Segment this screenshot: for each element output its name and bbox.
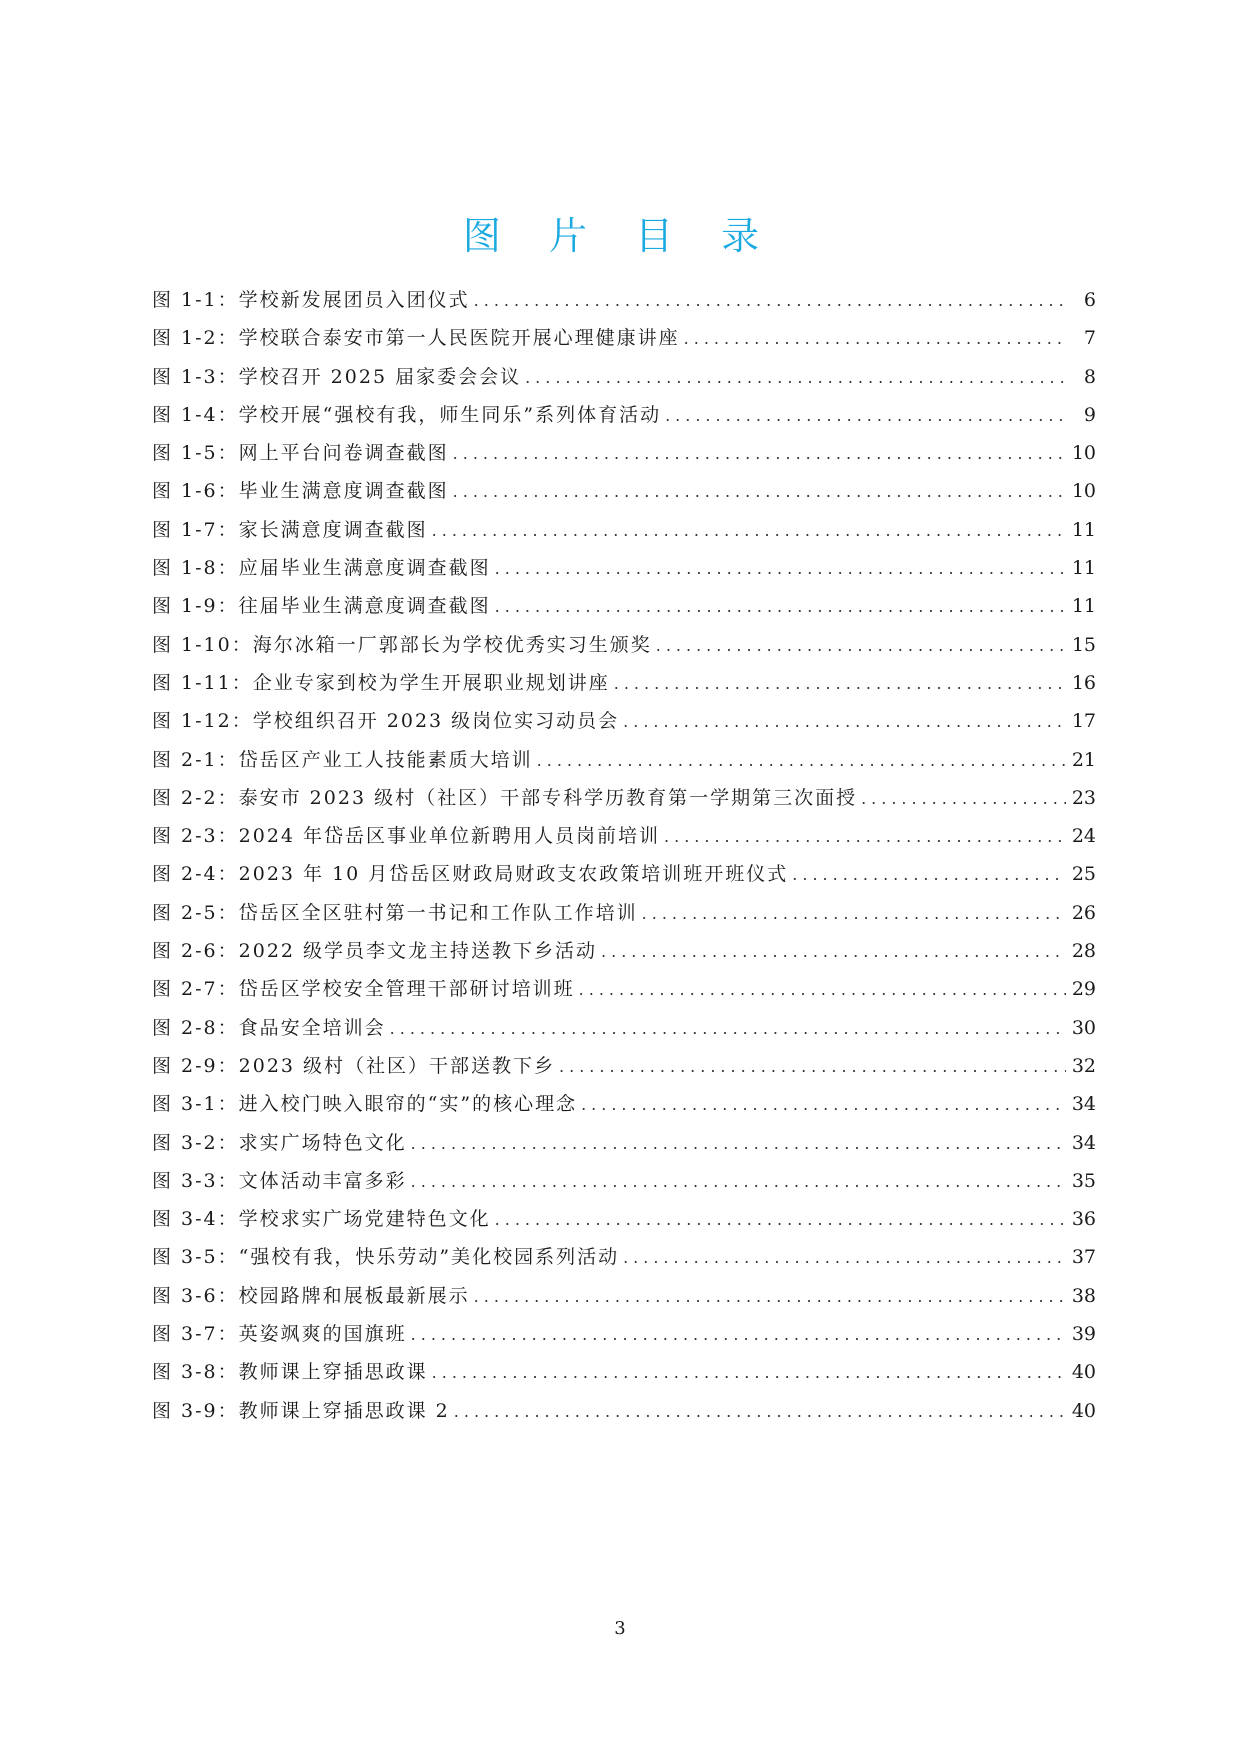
entry-label: 图 2-2：泰安市 2023 级村（社区）干部专科学历教育第一学期第三次面授 (152, 779, 857, 817)
dot-leader (495, 588, 1066, 626)
entry-label: 图 3-5：“强校有我，快乐劳动”美化校园系列活动 (152, 1238, 619, 1276)
dot-leader (665, 397, 1066, 435)
toc-entry[interactable]: 图 3-4：学校求实广场党建特色文化36 (152, 1200, 1096, 1238)
entry-label: 图 2-7：岱岳区学校安全管理干部研讨培训班 (152, 970, 575, 1008)
toc-entry[interactable]: 图 1-10：海尔冰箱一厂郭部长为学校优秀实习生颁奖15 (152, 626, 1096, 664)
dot-leader (453, 435, 1066, 473)
dot-leader (453, 473, 1066, 511)
entry-label: 图 3-6：校园路牌和展板最新展示 (152, 1277, 470, 1315)
entry-page-number: 37 (1072, 1238, 1096, 1276)
dot-leader (432, 1354, 1066, 1392)
entry-page-number: 24 (1072, 817, 1096, 855)
toc-entry[interactable]: 图 2-2：泰安市 2023 级村（社区）干部专科学历教育第一学期第三次面授23 (152, 779, 1096, 817)
toc-entry[interactable]: 图 1-1：学校新发展团员入团仪式6 (152, 281, 1096, 319)
entry-label: 图 1-9：往届毕业生满意度调查截图 (152, 587, 491, 625)
entry-page-number: 40 (1072, 1353, 1096, 1391)
dot-leader (411, 1316, 1066, 1354)
entry-page-number: 11 (1072, 549, 1096, 587)
entry-label: 图 3-8：教师课上穿插思政课 (152, 1353, 428, 1391)
entry-label: 图 1-11：企业专家到校为学生开展职业规划讲座 (152, 664, 610, 702)
dot-leader (684, 320, 1066, 358)
entry-page-number: 10 (1072, 434, 1096, 472)
entry-page-number: 30 (1072, 1009, 1096, 1047)
entry-label: 图 2-6：2022 级学员李文龙主持送教下乡活动 (152, 932, 597, 970)
toc-entry[interactable]: 图 2-9：2023 级村（社区）干部送教下乡32 (152, 1047, 1096, 1085)
entry-label: 图 2-5：岱岳区全区驻村第一书记和工作队工作培训 (152, 894, 638, 932)
entry-label: 图 1-8：应届毕业生满意度调查截图 (152, 549, 491, 587)
toc-entry[interactable]: 图 1-9：往届毕业生满意度调查截图11 (152, 587, 1096, 625)
toc-entry[interactable]: 图 2-8：食品安全培训会30 (152, 1009, 1096, 1047)
dot-leader (623, 703, 1066, 741)
entry-label: 图 1-7：家长满意度调查截图 (152, 511, 428, 549)
toc-entry[interactable]: 图 2-7：岱岳区学校安全管理干部研讨培训班29 (152, 970, 1096, 1008)
dot-leader (861, 780, 1066, 818)
dot-leader (601, 933, 1066, 971)
toc-entry[interactable]: 图 1-3：学校召开 2025 届家委会会议8 (152, 358, 1096, 396)
toc-entry[interactable]: 图 3-8：教师课上穿插思政课40 (152, 1353, 1096, 1391)
dot-leader (664, 818, 1066, 856)
toc-entry[interactable]: 图 2-4：2023 年 10 月岱岳区财政局财政支农政策培训班开班仪式25 (152, 855, 1096, 893)
dot-leader (559, 1048, 1066, 1086)
dot-leader (525, 359, 1066, 397)
entry-page-number: 39 (1072, 1315, 1096, 1353)
toc-entry[interactable]: 图 1-12：学校组织召开 2023 级岗位实习动员会17 (152, 702, 1096, 740)
dot-leader (474, 282, 1066, 320)
dot-leader (623, 1239, 1066, 1277)
dot-leader (642, 895, 1066, 933)
toc-entry[interactable]: 图 2-5：岱岳区全区驻村第一书记和工作队工作培训26 (152, 894, 1096, 932)
entry-page-number: 34 (1072, 1124, 1096, 1162)
entry-page-number: 11 (1072, 511, 1096, 549)
entry-page-number: 21 (1072, 741, 1096, 779)
entry-label: 图 3-7：英姿飒爽的国旗班 (152, 1315, 407, 1353)
dot-leader (656, 627, 1066, 665)
dot-leader (474, 1278, 1066, 1316)
entry-label: 图 1-1：学校新发展团员入团仪式 (152, 281, 470, 319)
entry-label: 图 1-5：网上平台问卷调查截图 (152, 434, 449, 472)
entry-label: 图 1-6：毕业生满意度调查截图 (152, 472, 449, 510)
entry-label: 图 3-4：学校求实广场党建特色文化 (152, 1200, 491, 1238)
entry-page-number: 40 (1072, 1392, 1096, 1430)
dot-leader (495, 550, 1066, 588)
entry-label: 图 1-10：海尔冰箱一厂郭部长为学校优秀实习生颁奖 (152, 626, 652, 664)
dot-leader (537, 742, 1066, 780)
entry-page-number: 34 (1072, 1085, 1096, 1123)
entry-label: 图 2-9：2023 级村（社区）干部送教下乡 (152, 1047, 555, 1085)
toc-entry[interactable]: 图 1-11：企业专家到校为学生开展职业规划讲座16 (152, 664, 1096, 702)
dot-leader (495, 1201, 1066, 1239)
toc-entry[interactable]: 图 3-9：教师课上穿插思政课 240 (152, 1392, 1096, 1430)
toc-entry[interactable]: 图 1-8：应届毕业生满意度调查截图11 (152, 549, 1096, 587)
entry-page-number: 29 (1072, 970, 1096, 1008)
figure-list: 图 1-1：学校新发展团员入团仪式6图 1-2：学校联合泰安市第一人民医院开展心… (152, 281, 1096, 1430)
dot-leader (411, 1125, 1066, 1163)
entry-label: 图 1-4：学校开展“强校有我，师生同乐”系列体育活动 (152, 396, 661, 434)
dot-leader (792, 856, 1066, 894)
dot-leader (614, 665, 1066, 703)
entry-page-number: 16 (1072, 664, 1096, 702)
entry-page-number: 35 (1072, 1162, 1096, 1200)
entry-page-number: 10 (1072, 472, 1096, 510)
entry-page-number: 28 (1072, 932, 1096, 970)
toc-entry[interactable]: 图 1-5：网上平台问卷调查截图10 (152, 434, 1096, 472)
entry-page-number: 7 (1072, 319, 1096, 357)
dot-leader (390, 1010, 1066, 1048)
entry-page-number: 25 (1072, 855, 1096, 893)
toc-entry[interactable]: 图 2-3：2024 年岱岳区事业单位新聘用人员岗前培训24 (152, 817, 1096, 855)
entry-page-number: 32 (1072, 1047, 1096, 1085)
entry-page-number: 26 (1072, 894, 1096, 932)
entry-label: 图 2-1：岱岳区产业工人技能素质大培训 (152, 741, 533, 779)
entry-label: 图 2-3：2024 年岱岳区事业单位新聘用人员岗前培训 (152, 817, 660, 855)
toc-entry[interactable]: 图 3-7：英姿飒爽的国旗班39 (152, 1315, 1096, 1353)
toc-entry[interactable]: 图 3-2：求实广场特色文化34 (152, 1124, 1096, 1162)
page-number: 3 (0, 1618, 1240, 1639)
dot-leader (581, 1086, 1066, 1124)
dot-leader (454, 1393, 1066, 1431)
toc-entry[interactable]: 图 1-2：学校联合泰安市第一人民医院开展心理健康讲座7 (152, 319, 1096, 357)
entry-page-number: 23 (1072, 779, 1096, 817)
toc-entry[interactable]: 图 2-6：2022 级学员李文龙主持送教下乡活动28 (152, 932, 1096, 970)
entry-label: 图 1-2：学校联合泰安市第一人民医院开展心理健康讲座 (152, 319, 680, 357)
entry-page-number: 9 (1072, 396, 1096, 434)
entry-label: 图 2-4：2023 年 10 月岱岳区财政局财政支农政策培训班开班仪式 (152, 855, 788, 893)
dot-leader (432, 512, 1066, 550)
entry-label: 图 3-2：求实广场特色文化 (152, 1124, 407, 1162)
entry-page-number: 8 (1072, 358, 1096, 396)
toc-entry[interactable]: 图 3-5：“强校有我，快乐劳动”美化校园系列活动37 (152, 1238, 1096, 1276)
toc-entry[interactable]: 图 2-1：岱岳区产业工人技能素质大培训21 (152, 741, 1096, 779)
entry-page-number: 38 (1072, 1277, 1096, 1315)
entry-page-number: 11 (1072, 587, 1096, 625)
dot-leader (411, 1163, 1066, 1201)
toc-entry[interactable]: 图 3-6：校园路牌和展板最新展示38 (152, 1277, 1096, 1315)
entry-page-number: 17 (1072, 702, 1096, 740)
page-title: 图 片 目 录 (0, 205, 1240, 260)
toc-entry[interactable]: 图 1-7：家长满意度调查截图11 (152, 511, 1096, 549)
entry-label: 图 1-3：学校召开 2025 届家委会会议 (152, 358, 521, 396)
toc-entry[interactable]: 图 3-1：进入校门映入眼帘的“实”的核心理念34 (152, 1085, 1096, 1123)
toc-entry[interactable]: 图 1-4：学校开展“强校有我，师生同乐”系列体育活动9 (152, 396, 1096, 434)
entry-label: 图 3-3：文体活动丰富多彩 (152, 1162, 407, 1200)
entry-label: 图 2-8：食品安全培训会 (152, 1009, 386, 1047)
entry-label: 图 3-1：进入校门映入眼帘的“实”的核心理念 (152, 1085, 577, 1123)
entry-label: 图 1-12：学校组织召开 2023 级岗位实习动员会 (152, 702, 619, 740)
entry-page-number: 15 (1072, 626, 1096, 664)
dot-leader (579, 971, 1066, 1009)
entry-page-number: 6 (1072, 281, 1096, 319)
entry-label: 图 3-9：教师课上穿插思政课 2 (152, 1392, 450, 1430)
entry-page-number: 36 (1072, 1200, 1096, 1238)
toc-entry[interactable]: 图 1-6：毕业生满意度调查截图10 (152, 472, 1096, 510)
toc-entry[interactable]: 图 3-3：文体活动丰富多彩35 (152, 1162, 1096, 1200)
